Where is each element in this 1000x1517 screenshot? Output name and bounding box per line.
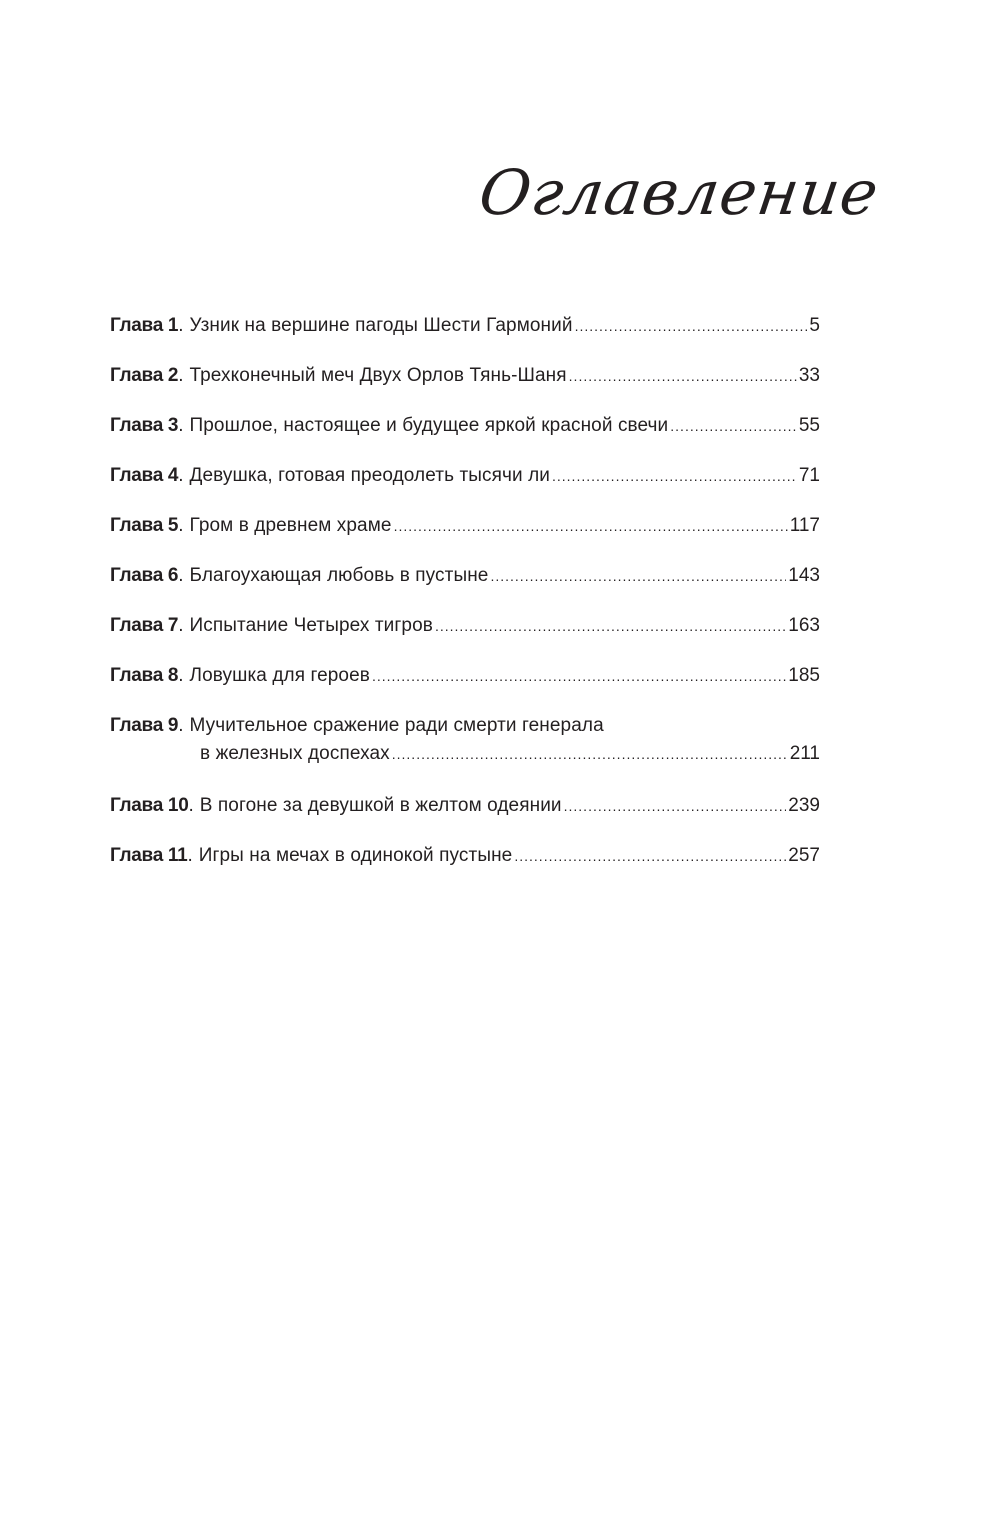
page-number: 71 — [799, 462, 820, 490]
chapter-label: Глава 11 — [110, 842, 187, 870]
page-number: 163 — [788, 612, 820, 640]
separator: . — [178, 612, 183, 640]
page-number: 257 — [788, 842, 820, 870]
separator: . — [187, 842, 192, 870]
chapter-title: Узник на вершине пагоды Шести Гармоний — [190, 312, 573, 340]
separator: . — [178, 412, 183, 440]
chapter-label: Глава 1 — [110, 312, 178, 340]
chapter-title: Ловушка для героев — [190, 662, 370, 690]
separator: . — [178, 362, 183, 390]
page-number: 239 — [788, 792, 820, 820]
dot-leader — [394, 512, 788, 540]
page-title: Оглавление — [474, 148, 847, 238]
toc-entry-1[interactable]: Глава 1. Узник на вершине пагоды Шести Г… — [110, 312, 820, 362]
separator: . — [188, 792, 193, 820]
page-number: 33 — [799, 362, 820, 390]
toc-entry-6[interactable]: Глава 6. Благоухающая любовь в пустыне 1… — [110, 562, 820, 612]
toc-entry-10[interactable]: Глава 10. В погоне за девушкой в желтом … — [110, 792, 820, 842]
toc-entry-3[interactable]: Глава 3. Прошлое, настоящее и будущее яр… — [110, 412, 820, 462]
chapter-title: Гром в древнем храме — [190, 512, 392, 540]
dot-leader — [569, 362, 797, 390]
separator: . — [178, 562, 183, 590]
chapter-title: Игры на мечах в одинокой пустыне — [199, 842, 513, 870]
separator: . — [178, 512, 183, 540]
chapter-title: Девушка, готовая преодолеть тысячи ли — [190, 462, 551, 490]
toc-entry-9[interactable]: Глава 9. Мучительное сражение ради смерт… — [110, 712, 820, 792]
separator: . — [178, 712, 183, 740]
dot-leader — [552, 462, 797, 490]
chapter-title: В погоне за девушкой в желтом одеянии — [200, 792, 562, 820]
dot-leader — [435, 612, 786, 640]
toc-entry-4[interactable]: Глава 4. Девушка, готовая преодолеть тыс… — [110, 462, 820, 512]
chapter-title: Прошлое, настоящее и будущее яркой красн… — [190, 412, 669, 440]
page-number: 185 — [788, 662, 820, 690]
dot-leader — [514, 842, 786, 870]
table-of-contents: Глава 1. Узник на вершине пагоды Шести Г… — [110, 312, 820, 892]
chapter-title: Благоухающая любовь в пустыне — [190, 562, 489, 590]
separator: . — [178, 662, 183, 690]
dot-leader — [490, 562, 786, 590]
dot-leader — [670, 412, 797, 440]
dot-leader — [564, 792, 787, 820]
chapter-label: Глава 9 — [110, 712, 178, 740]
toc-entry-8[interactable]: Глава 8. Ловушка для героев 185 — [110, 662, 820, 712]
chapter-label: Глава 8 — [110, 662, 178, 690]
dot-leader — [575, 312, 808, 340]
chapter-label: Глава 5 — [110, 512, 178, 540]
page-number: 5 — [809, 312, 820, 340]
chapter-label: Глава 6 — [110, 562, 178, 590]
page-number: 211 — [790, 740, 820, 768]
toc-entry-5[interactable]: Глава 5. Гром в древнем храме 117 — [110, 512, 820, 562]
page-number: 55 — [799, 412, 820, 440]
dot-leader — [392, 740, 788, 768]
chapter-title-continued: в железных доспехах — [200, 740, 390, 768]
chapter-title: Испытание Четырех тигров — [190, 612, 433, 640]
page-number: 117 — [790, 512, 820, 540]
toc-entry-11[interactable]: Глава 11. Игры на мечах в одинокой пусты… — [110, 842, 820, 892]
chapter-label: Глава 3 — [110, 412, 178, 440]
chapter-label: Глава 4 — [110, 462, 178, 490]
chapter-title: Мучительное сражение ради смерти генерал… — [190, 712, 604, 740]
separator: . — [178, 312, 183, 340]
chapter-label: Глава 10 — [110, 792, 188, 820]
chapter-label: Глава 7 — [110, 612, 178, 640]
dot-leader — [372, 662, 786, 690]
separator: . — [178, 462, 183, 490]
chapter-title: Трехконечный меч Двух Орлов Тянь-Шаня — [190, 362, 567, 390]
page-number: 143 — [788, 562, 820, 590]
toc-entry-7[interactable]: Глава 7. Испытание Четырех тигров 163 — [110, 612, 820, 662]
chapter-label: Глава 2 — [110, 362, 178, 390]
toc-entry-2[interactable]: Глава 2. Трехконечный меч Двух Орлов Тян… — [110, 362, 820, 412]
